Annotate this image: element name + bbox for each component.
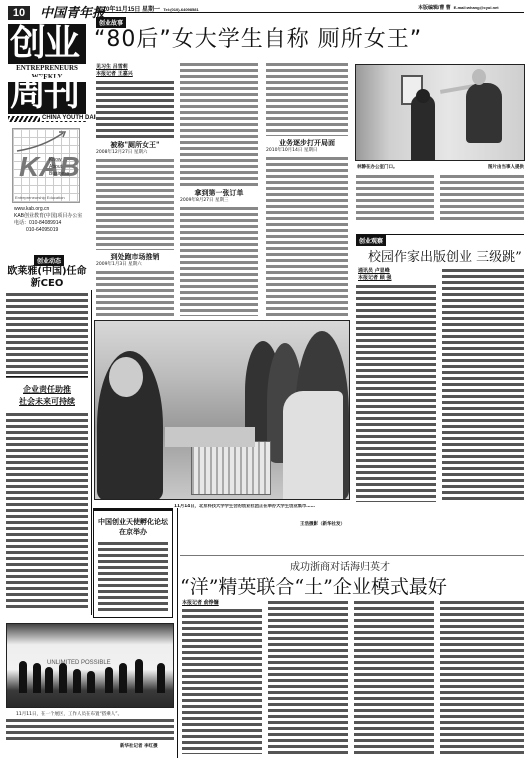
lead-dateline-3: 2009年8月27日 星期三	[180, 198, 228, 204]
lead-dateline-4: 2010年10月14日 星期日	[266, 148, 317, 154]
lead-body-col5	[440, 174, 524, 222]
exhibition-wall-text: UNLIMITED POSSIBLE	[47, 660, 111, 666]
kab-subtitle-line: About	[49, 164, 69, 171]
person-silhouette	[157, 663, 165, 693]
lead-subhead-1: 被称"厕所女王"	[96, 140, 174, 150]
person-silhouette	[73, 669, 81, 693]
bottom-body-col2	[268, 600, 348, 754]
person-silhouette	[119, 663, 127, 693]
section-title-line2: 周刊	[10, 74, 78, 114]
sidebar-section-tag: 创业动态	[34, 255, 64, 266]
bottom-kicker: 成功浙商对话海归英才	[290, 558, 390, 573]
lead-body-col3b	[266, 156, 348, 316]
lead-body-col3a	[266, 62, 348, 136]
person-silhouette	[33, 663, 41, 693]
person-silhouette	[135, 659, 143, 693]
lead-byline: 见习生 吕雪莉 本报记者 王嘉兴	[96, 64, 133, 78]
person-silhouette	[45, 667, 53, 693]
market-photo-credit: 王浩摄影（新华社发）	[300, 522, 345, 528]
kab-footer: Entrepreneurship Education	[15, 195, 65, 200]
growth-arrow-icon	[13, 129, 81, 153]
sidebar-story-2-body	[6, 412, 88, 610]
campus-headline: 校园作家出版创业 三级跳”	[368, 246, 522, 265]
column-rule	[91, 290, 92, 615]
kab-subtitle: Know About Business	[49, 157, 69, 178]
exhibition-caption-2	[6, 718, 174, 742]
publisher-en: CHINA YOUTH DAILY	[40, 115, 104, 121]
forum-headline: 中国创业天使孵化论坛 在京举办	[94, 517, 172, 537]
sidebar-headline-1: 欧莱雅(中国)任命新CEO	[6, 266, 88, 290]
forum-headline-line1: 中国创业天使孵化论坛	[94, 517, 172, 527]
sidebar-headline-2: 企业责任助推 社会未来可持续	[6, 384, 88, 408]
exhibition-photo: UNLIMITED POSSIBLE	[6, 623, 174, 708]
forum-body	[98, 541, 168, 613]
white-sweater	[283, 391, 343, 500]
market-photo-caption: 11月14日，北京科技大学学生会的创业社团正在举办大学生创业集市……	[174, 504, 350, 510]
bottom-body-col1	[182, 608, 262, 754]
person-silhouette	[59, 663, 67, 693]
forum-headline-line2: 在京举办	[94, 527, 172, 537]
lead-photo-credit: 图片由当事人提供	[488, 165, 524, 171]
kab-office: KAB创业教育(中国)项目办公室	[14, 213, 88, 220]
bottom-headline: “洋”精英联合“土”企业模式最好	[180, 572, 447, 599]
person-silhouette	[87, 671, 95, 693]
kab-subtitle-line: Business	[49, 171, 69, 178]
campus-body-col2	[442, 268, 524, 502]
lead-photo-caption: 林静在办公室门口。	[357, 165, 398, 171]
kab-url[interactable]: www.kab.org.cn	[14, 206, 88, 213]
exhibition-credit: 新华社记者 李红摄	[120, 744, 158, 750]
sidebar-story-1-body	[6, 292, 88, 378]
editor-text: 本版编辑/曹 曹	[418, 5, 451, 11]
section-title-line1: 创业	[10, 24, 78, 64]
sidebar-headline-2-line1: 企业责任助推	[6, 384, 88, 396]
lead-body-col2b	[180, 206, 258, 316]
campus-body-col1	[356, 284, 436, 502]
sidebar-headline-2-line2: 社会未来可持续	[6, 396, 88, 408]
woman-head	[416, 89, 430, 103]
lead-headline: “80后”女大学生自称 厕所女王”	[94, 22, 422, 53]
bottom-body-col3	[354, 600, 434, 754]
byline-1: 见习生 吕雪莉	[96, 64, 133, 71]
kab-phone: 电话：010-84089914	[14, 220, 88, 227]
forum-box: 中国创业天使孵化论坛 在京举办	[93, 508, 173, 618]
sidebar-divider	[6, 376, 88, 377]
kab-subtitle-line: Know	[49, 157, 69, 164]
lead-body-col4	[356, 174, 434, 222]
bottom-byline: 本报记者 俞铮镛	[182, 600, 219, 607]
market-photo	[94, 320, 350, 500]
kab-contact: www.kab.org.cn KAB创业教育(中国)项目办公室 电话：010-8…	[14, 206, 88, 234]
lead-body-col2a	[180, 62, 258, 188]
girl-left-face	[109, 357, 143, 397]
lead-subhead-4: 业务逐步打开局面	[266, 138, 348, 148]
model-figure	[466, 83, 502, 143]
wire-cage	[191, 441, 271, 495]
byline-1: 通讯员 卢显峰	[358, 268, 391, 275]
kab-ad-graphic: KAB Know About Business Entrepreneurship…	[12, 128, 80, 203]
top-rule	[96, 12, 524, 13]
campus-byline: 通讯员 卢显峰 本报记者 顾 强	[358, 268, 391, 282]
model-head	[472, 69, 486, 85]
person-silhouette	[19, 661, 27, 693]
page-number: 10	[8, 6, 30, 20]
bottom-body-col4	[440, 600, 524, 754]
byline-2: 本报记者 顾 强	[358, 275, 391, 282]
column-rule	[177, 508, 178, 758]
campus-section-tag: 创业观察	[356, 235, 386, 246]
lead-body-col1c	[96, 270, 174, 316]
section-rule	[180, 555, 524, 556]
section-title-block: 创业 ENTREPRENEURS WEEKLY 周刊	[8, 24, 86, 114]
lead-subhead-2: 到处跑市场推销	[96, 252, 174, 262]
lead-dateline-1: 2008年12月27日 星期六	[96, 150, 147, 156]
lead-subhead-3: 拿到第一张订单	[180, 188, 258, 198]
person-silhouette	[105, 667, 113, 693]
editor-line: 本版编辑/曹 曹 E-mail:whang@cyol.net	[418, 4, 499, 11]
display-box	[165, 427, 255, 447]
kab-phone2: 010-64095019	[14, 227, 88, 234]
lead-dateline-2: 2009年1月3日 星期六	[96, 262, 142, 268]
lead-body-col1a	[96, 80, 174, 140]
email-text: E-mail:whang@cyol.net	[454, 5, 499, 10]
byline-2: 本报记者 王嘉兴	[96, 71, 133, 78]
woman-figure	[411, 95, 435, 161]
lead-photo	[355, 64, 525, 161]
lead-body-col1b	[96, 158, 174, 250]
